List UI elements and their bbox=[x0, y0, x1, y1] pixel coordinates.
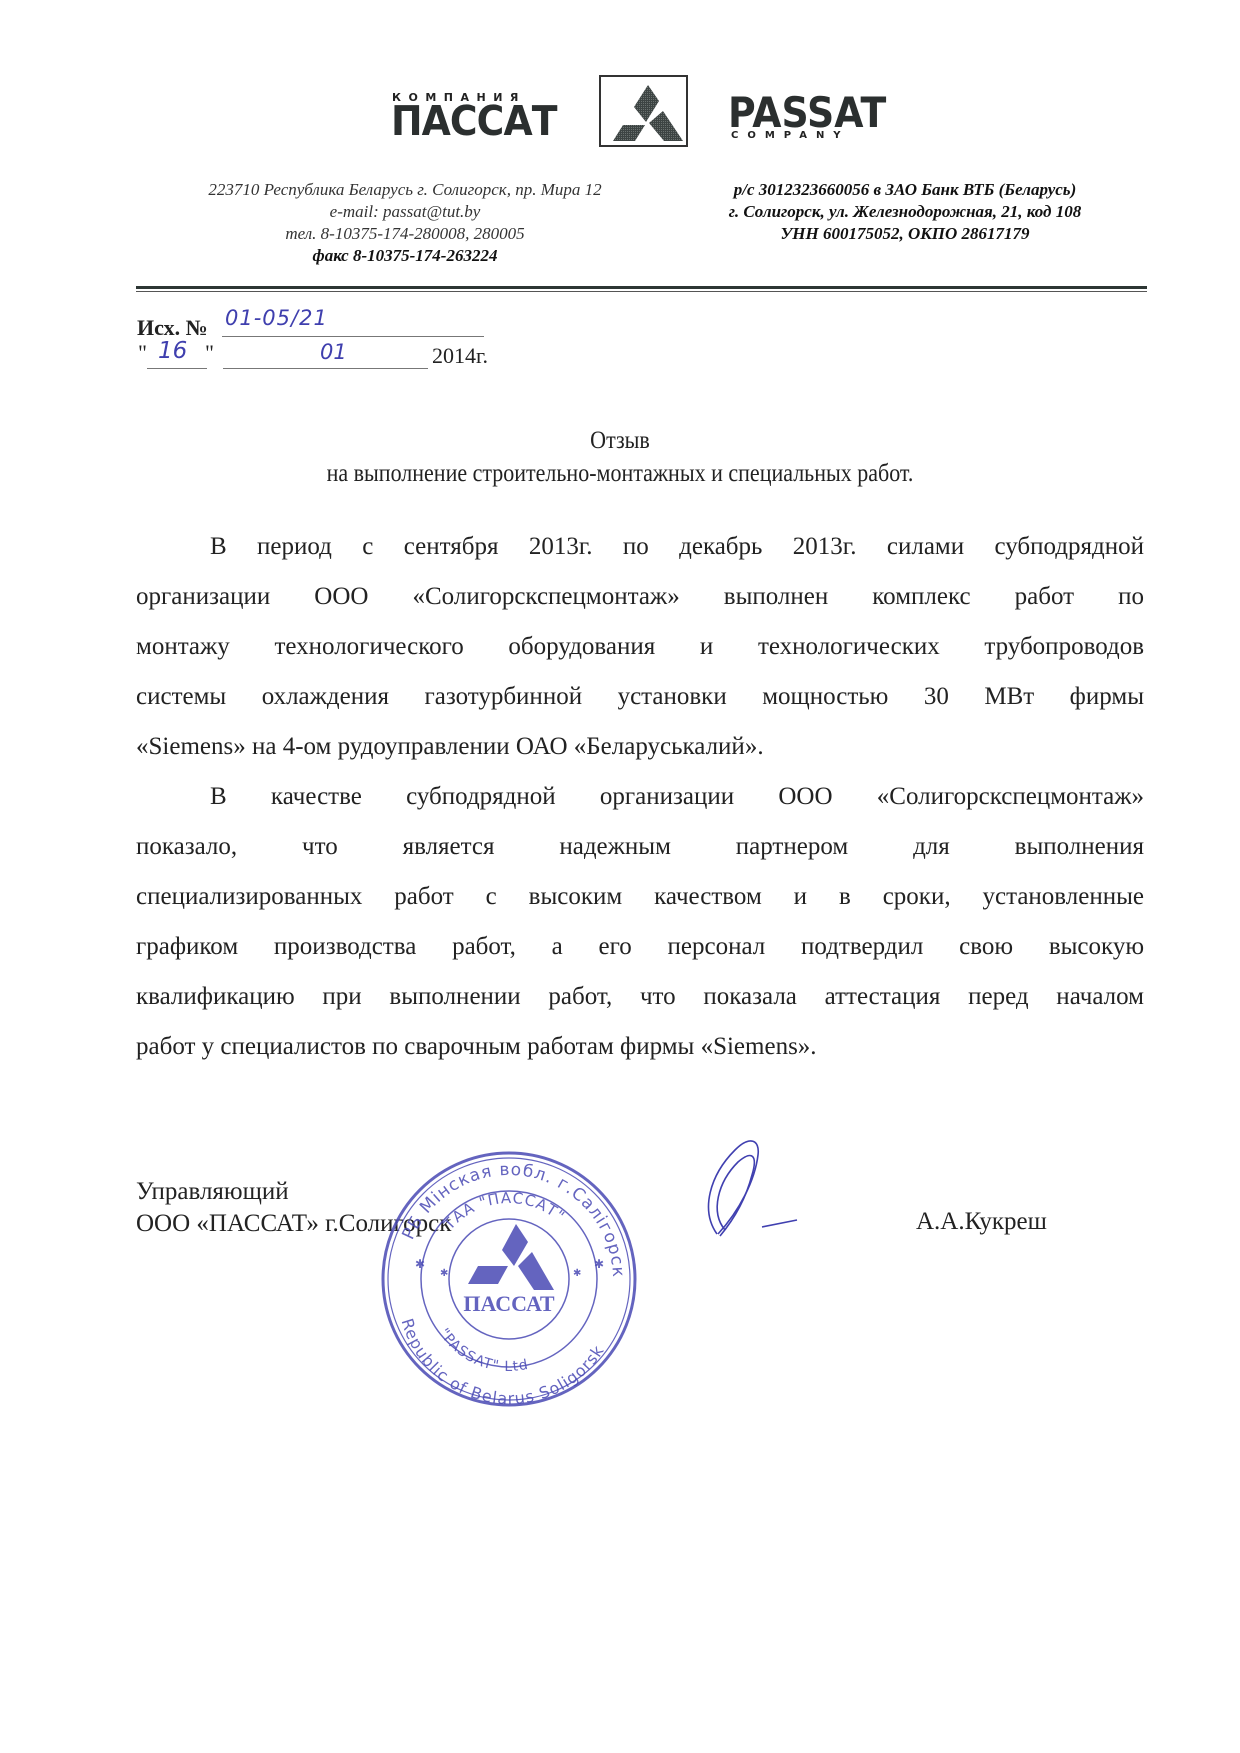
svg-text:✱: ✱ bbox=[415, 1257, 425, 1271]
paragraph-line: работ у специалистов по сварочным работа… bbox=[136, 1022, 1144, 1072]
company-stamp-icon: РБ Мінская вобл. г.Салігорск ТАА "ПАССАТ… bbox=[378, 1148, 640, 1410]
phone-line: тел. 8-10375-174-280008, 280005 bbox=[150, 223, 660, 245]
logo-company-name-ru: ПАССАТ bbox=[391, 99, 557, 143]
paragraph-1: В период с сентября 2013г. по декабрь 20… bbox=[136, 522, 1144, 772]
company-contacts: 223710 Республика Беларусь г. Солигорск,… bbox=[150, 179, 660, 267]
bank-address-line: г. Солигорск, ул. Железнодорожная, 21, к… bbox=[680, 201, 1130, 223]
company-bank-details: р/с 3012323660056 в ЗАО Банк ВТБ (Белару… bbox=[680, 179, 1130, 245]
paragraph-line: «Siemens» на 4-ом рудоуправлении ОАО «Бе… bbox=[136, 722, 1144, 772]
paragraph-2: В качестве субподрядной организации ООО … bbox=[136, 772, 1144, 1072]
svg-text:✱: ✱ bbox=[573, 1268, 581, 1279]
signer-name: А.А.Кукреш bbox=[916, 1208, 1047, 1236]
outgoing-number-underline bbox=[222, 336, 484, 337]
document-subtitle: на выполнение строительно-монтажных и сп… bbox=[74, 460, 1165, 488]
month-underline bbox=[223, 368, 428, 369]
tax-ids-line: УНН 600175052, ОКПО 28617179 bbox=[680, 223, 1130, 245]
logo-company-label-en: COMPANY bbox=[731, 130, 850, 141]
paragraph-line: В качестве субподрядной организации ООО … bbox=[136, 772, 1144, 822]
document-year: 2014г. bbox=[432, 343, 488, 369]
paragraph-line: графиком производства работ, а его персо… bbox=[136, 922, 1144, 972]
address-line: 223710 Республика Беларусь г. Солигорск,… bbox=[150, 179, 660, 201]
bank-account-line: р/с 3012323660056 в ЗАО Банк ВТБ (Белару… bbox=[680, 179, 1130, 201]
company-logo-emblem-icon bbox=[599, 75, 688, 147]
paragraph-line: специализированных работ с высоким качес… bbox=[136, 872, 1144, 922]
day-handwritten: 16 bbox=[158, 338, 187, 364]
logo-company-name-en: PASSAT bbox=[728, 92, 886, 134]
svg-text:ПАССАТ: ПАССАТ bbox=[463, 1291, 555, 1316]
paragraph-line: показало, что является надежным партнеро… bbox=[136, 822, 1144, 872]
fax-line: факс 8-10375-174-263224 bbox=[150, 245, 660, 267]
header-divider-thin bbox=[136, 291, 1147, 292]
day-underline bbox=[147, 368, 207, 369]
paragraph-line: монтажу технологического оборудования и … bbox=[136, 622, 1144, 672]
paragraph-line: системы охлаждения газотурбинной установ… bbox=[136, 672, 1144, 722]
day-close-quote: " bbox=[205, 340, 214, 366]
svg-text:ТАА "ПАССАТ": ТАА "ПАССАТ" bbox=[439, 1189, 568, 1234]
handwritten-signature-icon bbox=[680, 1120, 810, 1250]
day-open-quote: " bbox=[138, 340, 147, 366]
paragraph-line: организации ООО «Солигорскспецмонтаж» вы… bbox=[136, 572, 1144, 622]
paragraph-line: квалификацию при выполнении работ, что п… bbox=[136, 972, 1144, 1022]
svg-text:✱: ✱ bbox=[440, 1268, 448, 1279]
header-divider bbox=[136, 286, 1147, 289]
document-title: Отзыв bbox=[74, 427, 1165, 455]
email-line: e-mail: passat@tut.by bbox=[150, 201, 660, 223]
outgoing-number-handwritten: 01-05/21 bbox=[225, 306, 328, 330]
paragraph-line: В период с сентября 2013г. по декабрь 20… bbox=[136, 522, 1144, 572]
svg-text:✱: ✱ bbox=[594, 1257, 604, 1271]
month-handwritten: 01 bbox=[320, 340, 347, 364]
